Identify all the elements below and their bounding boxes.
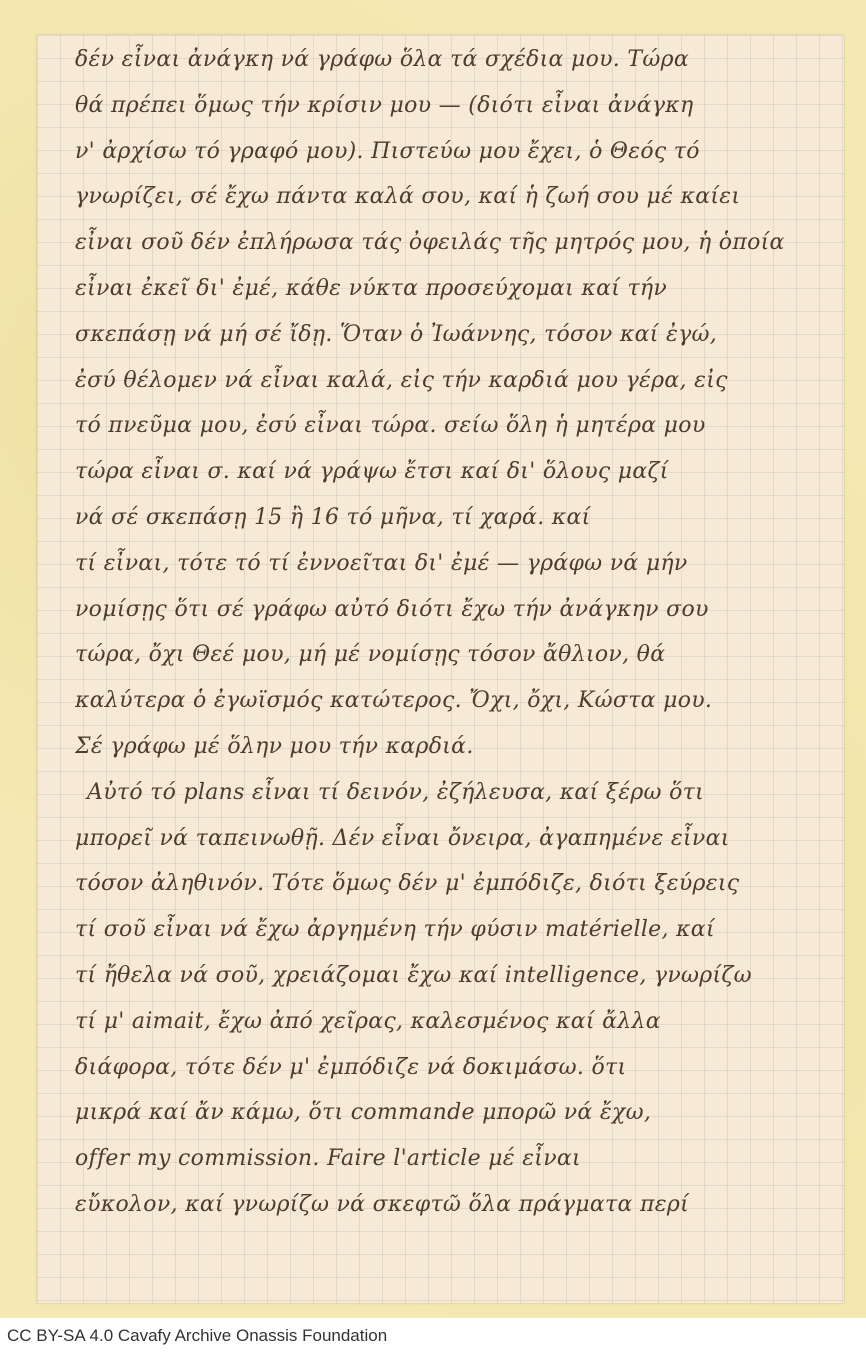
scan-backing: δέν εἶναι ἀνάγκη νά γράφω ὅλα τά σχέδια … bbox=[0, 0, 866, 1318]
letter-sheet: δέν εἶναι ἀνάγκη νά γράφω ὅλα τά σχέδια … bbox=[37, 35, 844, 1303]
text-line: τώρα εἶναι σ. καί νά γράψω ἔτσι καί δι' … bbox=[75, 449, 826, 495]
text-line: σκεπάσῃ νά μή σέ ἴδῃ. Ὅταν ὁ Ἰωάννης, τό… bbox=[75, 312, 826, 358]
text-line: Αὐτό τό plans εἶναι τί δεινόν, ἐζήλευσα,… bbox=[75, 770, 826, 816]
text-line: εὔκολον, καί γνωρίζω νά σκεφτῶ ὅλα πράγμ… bbox=[75, 1182, 826, 1228]
text-line: ἐσύ θέλομεν νά εἶναι καλά, εἰς τήν καρδι… bbox=[75, 358, 826, 404]
text-line: μικρά καί ἄν κάμω, ὅτι commande μπορῶ νά… bbox=[75, 1090, 826, 1136]
text-line: νομίσῃς ὅτι σέ γράφω αὐτό διότι ἔχω τήν … bbox=[75, 587, 826, 633]
handwritten-text: δέν εἶναι ἀνάγκη νά γράφω ὅλα τά σχέδια … bbox=[75, 37, 826, 1228]
text-line: τί σοῦ εἶναι νά ἔχω ἀργημένη τήν φύσιν m… bbox=[75, 907, 826, 953]
text-line: τόσον ἀληθινόν. Τότε ὅμως δέν μ' ἐμπόδιζ… bbox=[75, 861, 826, 907]
text-line: τό πνεῦμα μου, ἐσύ εἶναι τώρα. σείω ὅλη … bbox=[75, 403, 826, 449]
text-line: μπορεῖ νά ταπεινωθῇ. Δέν εἶναι ὄνειρα, ἀ… bbox=[75, 816, 826, 862]
text-line: ν' ἀρχίσω τό γραφό μου). Πιστεύω μου ἔχε… bbox=[75, 129, 826, 175]
text-line: τώρα, ὄχι Θεέ μου, μή μέ νομίσῃς τόσον ἄ… bbox=[75, 632, 826, 678]
text-line: εἶναι σοῦ δέν ἐπλήρωσα τάς ὀφειλάς τῆς μ… bbox=[75, 220, 826, 266]
text-line: διάφορα, τότε δέν μ' ἐμπόδιζε νά δοκιμάσ… bbox=[75, 1045, 826, 1091]
license-credit: CC BY-SA 4.0 Cavafy Archive Onassis Foun… bbox=[7, 1326, 387, 1346]
text-line: δέν εἶναι ἀνάγκη νά γράφω ὅλα τά σχέδια … bbox=[75, 37, 826, 83]
text-line: τί ἤθελα νά σοῦ, χρειάζομαι ἔχω καί inte… bbox=[75, 953, 826, 999]
text-line: καλύτερα ὁ ἐγωϊσμός κατώτερος. Ὄχι, ὄχι,… bbox=[75, 678, 826, 724]
text-line: νά σέ σκεπάσῃ 15 ἢ 16 τό μῆνα, τί χαρά. … bbox=[75, 495, 826, 541]
text-line: τί εἶναι, τότε τό τί ἐννοεῖται δι' ἐμέ —… bbox=[75, 541, 826, 587]
text-line: εἶναι ἐκεῖ δι' ἐμέ, κάθε νύκτα προσεύχομ… bbox=[75, 266, 826, 312]
text-line: τί μ' aimait, ἔχω ἀπό χεῖρας, καλεσμένος… bbox=[75, 999, 826, 1045]
text-line: θά πρέπει ὅμως τήν κρίσιν μου — (διότι ε… bbox=[75, 83, 826, 129]
text-line: offer my commission. Faire l'article μέ … bbox=[75, 1136, 826, 1182]
text-line: γνωρίζει, σέ ἔχω πάντα καλά σου, καί ἡ ζ… bbox=[75, 174, 826, 220]
text-line: Σέ γράφω μέ ὅλην μου τήν καρδιά. bbox=[75, 724, 826, 770]
